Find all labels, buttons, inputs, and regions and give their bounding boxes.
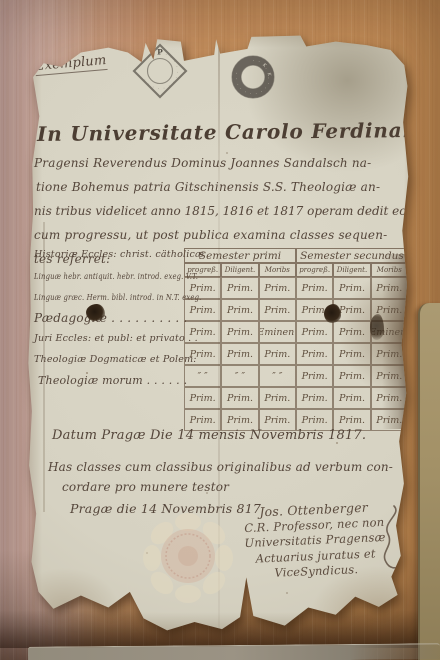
- diamond-stamp-letter: P: [157, 48, 163, 57]
- grade-subheader: Moribs: [259, 263, 296, 277]
- foxing-speckles: [26, 32, 28, 34]
- grade-subheader: Diligent.: [333, 263, 370, 277]
- grade-cell: Prim.: [184, 321, 221, 343]
- document-title: In Universitate Carolo Ferdinandea: [37, 118, 415, 146]
- grade-cell: Prim.: [333, 365, 370, 387]
- grade-subheader: Moribs: [371, 263, 408, 277]
- certification-line: Has classes cum classibus originalibus a…: [48, 460, 393, 480]
- grade-cell: Prim.: [296, 277, 333, 299]
- grade-cell: Prim.: [371, 409, 408, 431]
- grade-cell: Prim.: [333, 321, 370, 343]
- grade-row: Prim. Prim. Prim. Prim. Prim. Prim.: [184, 387, 408, 409]
- grade-cell: Eminen.: [259, 321, 296, 343]
- circular-office-stamp: · · K. K. · · · · · · · · · ·: [229, 53, 277, 101]
- photo-of-document: Exemplum · · · · · · · · · · · · · · P ·…: [0, 0, 440, 660]
- intro-line: tione Bohemus patria Gitschinensis S.S. …: [34, 180, 416, 204]
- grade-cell: Prim.: [221, 277, 258, 299]
- grade-cell: Prim.: [296, 343, 333, 365]
- grade-cell: Prim.: [259, 277, 296, 299]
- grade-cell: Prim.: [333, 277, 370, 299]
- grade-cell: Prim.: [259, 343, 296, 365]
- grade-cell: Prim.: [184, 277, 221, 299]
- grade-row: ″ ″ ″ ″ ″ ″ Prim. Prim. Prim.: [184, 365, 408, 387]
- grade-cell: Prim.: [259, 299, 296, 321]
- grade-subheader: progreß.: [184, 263, 221, 277]
- semester-secundi-header: Semester secundus: [296, 248, 408, 263]
- grade-cell: Prim.: [333, 343, 370, 365]
- subject-row: Linguæ hebr. antiquit. hebr. introd. exe…: [34, 265, 159, 286]
- ink-blot: [324, 304, 341, 323]
- grade-subheader: progreß.: [296, 263, 333, 277]
- datum-line: Datum Pragæ Die 14 mensis Novembris 1817…: [52, 428, 366, 443]
- signature-block: Jos. OttenbergerC.R. Professor, nec nonU…: [220, 498, 409, 584]
- grade-row: Prim. Prim. Prim. Prim. Prim. Prim.: [184, 277, 408, 299]
- grade-cell: Prim.: [371, 343, 408, 365]
- diamond-revenue-stamp: · · · · · · · · · · · · · · P: [132, 43, 188, 99]
- grade-cell: Prim.: [371, 277, 408, 299]
- grade-cell: Prim.: [296, 321, 333, 343]
- corner-note: Exemplum: [34, 53, 107, 76]
- semester-primi-header: Semester primi: [184, 248, 296, 263]
- grade-cell: ″ ″: [221, 365, 258, 387]
- adjacent-paper-right: [418, 303, 440, 660]
- grade-cell: ″ ″: [259, 365, 296, 387]
- grade-cell: Prim.: [296, 387, 333, 409]
- subject-row: Historiæ Eccles: christ. cätholicæ: [34, 244, 186, 265]
- grade-cell: Prim.: [184, 343, 221, 365]
- subject-row: Theologiæ morum . . . . . .: [34, 370, 186, 391]
- grade-cell: Prim.: [184, 387, 221, 409]
- semester-header-row: Semester primi Semester secundus: [184, 248, 408, 263]
- certification-line: cordare pro munere testor: [62, 480, 393, 500]
- grade-cell: Prim.: [221, 387, 258, 409]
- ink-smudge: [370, 314, 384, 340]
- subheader-row: progreß.Diligent.Moribsprogreß.Diligent.…: [184, 263, 408, 277]
- subject-row: Pædagogiæ . . . . . . . . . .: [34, 307, 186, 328]
- intro-line: Pragensi Reverendus Dominus Joannes Sand…: [34, 156, 416, 180]
- grade-cell: Prim.: [184, 299, 221, 321]
- subject-row: Theologiæ Dogmaticæ et Polem:: [34, 349, 186, 370]
- adjacent-paper-bottom: [28, 643, 440, 660]
- grade-cell: Prim.: [371, 387, 408, 409]
- grade-row: Prim. Prim. Prim. Prim. Prim. Prim.: [184, 343, 408, 365]
- subject-column: Historiæ Eccles: christ. cätholicæLinguæ…: [34, 244, 186, 391]
- grade-cell: Prim.: [296, 365, 333, 387]
- subject-row: Juri Eccles: et publ: et privato . .: [34, 328, 186, 349]
- grade-rows: Prim. Prim. Prim. Prim. Prim. Prim. Prim…: [184, 277, 408, 431]
- grade-cell: Prim.: [333, 387, 370, 409]
- grade-cell: Prim.: [221, 321, 258, 343]
- grade-subheader: Diligent.: [221, 263, 258, 277]
- grade-cell: Prim.: [371, 365, 408, 387]
- ink-blot: [86, 304, 105, 321]
- paper-sheet: Exemplum · · · · · · · · · · · · · · P ·…: [26, 32, 418, 634]
- grade-cell: Prim.: [259, 387, 296, 409]
- grade-cell: Prim.: [221, 343, 258, 365]
- document-paper: Exemplum · · · · · · · · · · · · · · P ·…: [26, 32, 418, 634]
- grade-cell: Prim.: [221, 299, 258, 321]
- grade-cell: ″ ″: [184, 365, 221, 387]
- intro-line: nis tribus videlicet anno 1815, 1816 et …: [34, 204, 416, 228]
